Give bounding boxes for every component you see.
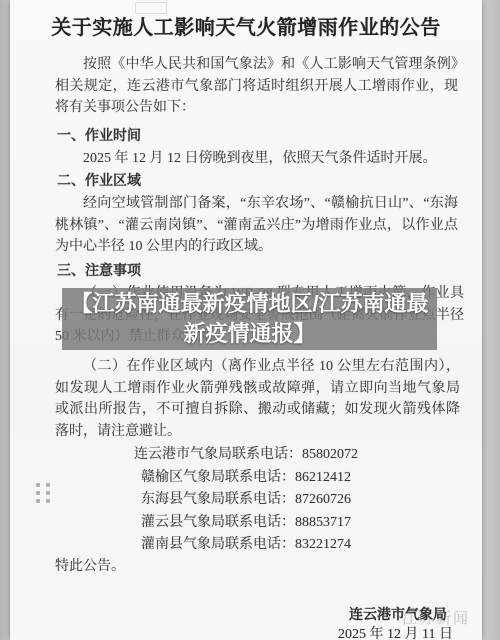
contact-guanyun: 灌云县气象局联系电话：88853717 <box>141 512 351 535</box>
issuer-signature: 连云港市气象局 <box>349 605 447 627</box>
section-heading-area: 二、作业区域 <box>57 171 141 193</box>
time-paragraph: 2025 年 12 月 12 日傍晚到夜里，依照天气条件适时开展。 <box>55 148 458 170</box>
grid-dots-icon <box>36 483 50 505</box>
contact-ganyu: 赣榆区气象局联系电话：86212412 <box>141 467 351 490</box>
contact-donghai: 东海县气象局联系电话：87260726 <box>141 489 351 512</box>
section-heading-time: 一、作业时间 <box>57 126 141 148</box>
closing-statement: 特此公告。 <box>55 556 125 578</box>
seo-caption-banner: 【江苏南通最新疫情地区/江苏南通最新疫情通报】 <box>62 288 437 350</box>
intro-paragraph: 按照《中华人民共和国气象法》和《人工影响天气管理条例》相关规定，连云港市气象部门… <box>55 54 458 119</box>
notice-title: 关于实施人工影响天气火箭增雨作业的公告 <box>10 11 482 40</box>
contact-list: 连云港市气象局联系电话：85802072 赣榆区气象局联系电话：86212412… <box>10 444 482 557</box>
contact-guannan: 灌南县气象局联系电话：83221274 <box>141 534 351 557</box>
contact-lianyungang: 连云港市气象局联系电话：85802072 <box>134 444 358 467</box>
notes-item-2: （二）在作业区域内（离作业点半径 10 公里左右范围内），如发现人工增雨作业火箭… <box>55 356 460 442</box>
area-paragraph: 经向空域管制部门备案，“东辛农场”、“赣榆抗日山”、“东海桃林镇”、“灌云南岗镇… <box>55 193 458 258</box>
section-heading-notes: 三、注意事项 <box>57 261 141 283</box>
document-photo: 关于实施人工影响天气火箭增雨作业的公告 按照《中华人民共和国气象法》和《人工影响… <box>0 0 500 640</box>
